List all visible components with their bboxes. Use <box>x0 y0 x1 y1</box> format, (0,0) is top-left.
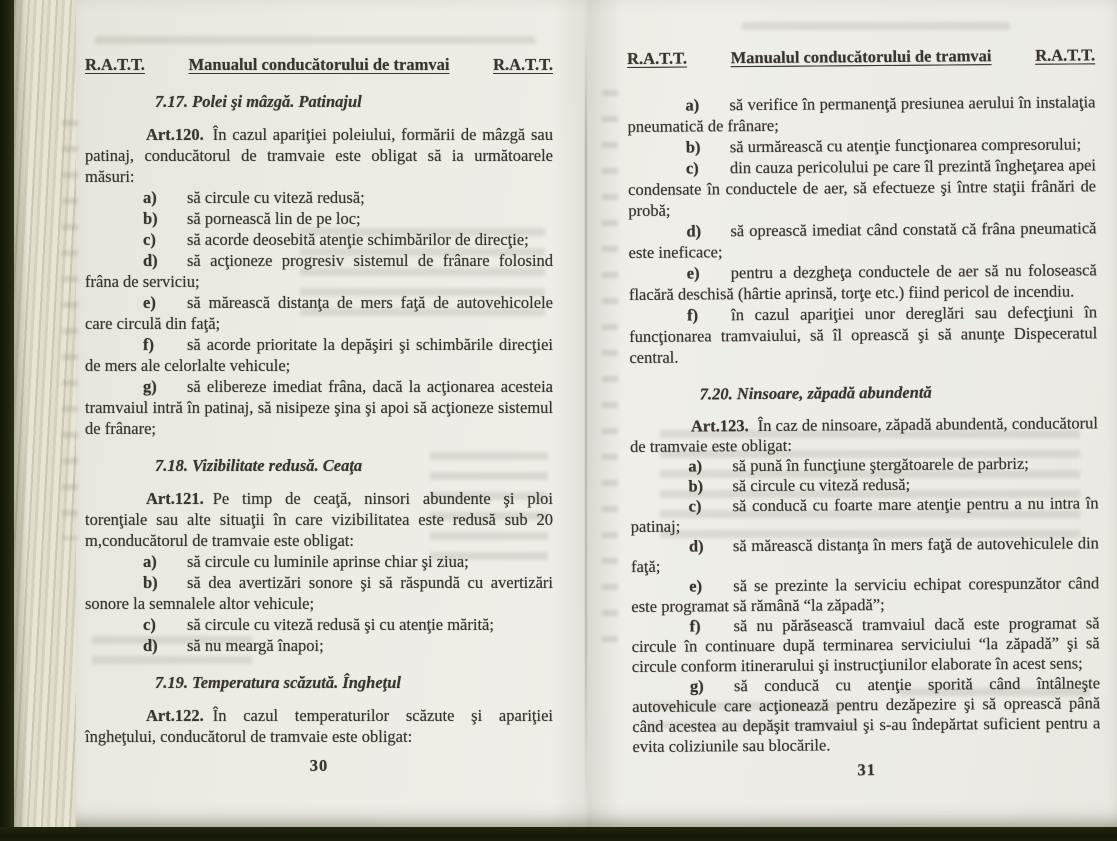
article-122-paragraph: Art.122.În cazul temperaturilor scăzute … <box>85 705 553 747</box>
list-item: e)să se prezinte la serviciu echipat cor… <box>631 573 1099 617</box>
item-text: să acorde deosebită atenţie schimbărilor… <box>187 230 529 249</box>
list-item: g)să elibereze imediat frâna, dacă la ac… <box>85 376 553 439</box>
item-label: d) <box>689 536 733 556</box>
item-text: să pornească lin de pe loc; <box>187 209 361 228</box>
section-title-7-20: 7.20. Ninsoare, zăpadă abundentă <box>700 380 1098 404</box>
list-item: g)să conducă cu atenţie sporită când înt… <box>632 673 1101 757</box>
item-label: b) <box>143 572 187 593</box>
brand-left: R.A.T.T. <box>85 54 145 75</box>
article-121-label: Art.121. <box>146 489 204 508</box>
list-item: e)pentru a dezgheţa conductele de aer să… <box>629 259 1097 305</box>
article-120-label: Art.120. <box>146 125 204 144</box>
bleed-through-artifact <box>62 120 78 540</box>
item-label: e) <box>687 262 731 283</box>
article-122-label: Art.122. <box>146 706 204 725</box>
scanned-book-spread: R.A.T.T. Manualul conducătorului de tram… <box>0 0 1117 841</box>
item-label: b) <box>143 208 187 229</box>
item-label: a) <box>688 456 732 476</box>
list-item: d)să mărească distanţa în mers faţă de a… <box>631 533 1099 577</box>
list-item: c)să conducă cu foarte mare atenţie pent… <box>631 493 1099 537</box>
list-item: f)în cazul apariţiei unor dereglări sau … <box>629 301 1097 368</box>
page-header: R.A.T.T. Manualul conducătorului de tram… <box>85 54 553 75</box>
article-123-block: Art.123.În caz de ninsoare, zăpadă abund… <box>630 413 1101 757</box>
page-header: R.A.T.T. Manualul conducătorului de tram… <box>627 44 1095 69</box>
item-label: d) <box>143 250 187 271</box>
header-title: Manualul conducătorului de tramvai <box>731 45 992 68</box>
item-label: e) <box>143 292 187 313</box>
scanner-background-bottom <box>0 827 1117 841</box>
bleed-through-artifact <box>602 90 618 650</box>
article-123-label: Art.123. <box>691 416 749 435</box>
list-item: c)să acorde deosebită atenţie schimbăril… <box>85 229 553 250</box>
list-item: a)să pună în funcţiune ştergătoarele de … <box>630 453 1098 477</box>
list-item: e)să mărească distanţa de mers faţă de a… <box>85 292 553 334</box>
list-item: d)să oprească imediat când constată că f… <box>628 217 1096 263</box>
section-title-7-18: 7.18. Vizibilitate redusă. Ceaţa <box>155 455 553 476</box>
item-text: să circule cu viteză redusă; <box>187 188 365 207</box>
list-item: d)să nu meargă înapoi; <box>85 635 553 656</box>
item-label: g) <box>690 676 734 696</box>
brand-right: R.A.T.T. <box>1035 44 1095 65</box>
item-text: să circule cu luminile aprinse chiar şi … <box>187 552 469 571</box>
item-label: c) <box>143 229 187 250</box>
left-page: R.A.T.T. Manualul conducătorului de tram… <box>85 54 553 776</box>
page-gutter <box>585 30 587 810</box>
list-item: f)să nu părăsească tramvaiul dacă este p… <box>631 613 1099 677</box>
item-label: a) <box>685 94 729 115</box>
item-text: să urmărească cu atenţie funcţionarea co… <box>730 134 1082 156</box>
item-text: să nu meargă înapoi; <box>187 636 324 655</box>
item-label: e) <box>689 576 733 596</box>
item-label: g) <box>143 376 187 397</box>
header-title: Manualul conducătorului de tramvai <box>189 54 450 75</box>
item-label: a) <box>143 551 187 572</box>
item-label: d) <box>143 635 187 656</box>
article-120-paragraph: Art.120.În cazul apariţiei poleiului, fo… <box>85 124 553 187</box>
item-label: b) <box>686 136 730 157</box>
right-page: R.A.T.T. Manualul conducătorului de tram… <box>627 44 1101 782</box>
page-number: 30 <box>85 755 553 776</box>
page-number: 31 <box>633 757 1101 782</box>
item-label: f) <box>689 616 733 636</box>
item-label: f) <box>687 304 731 325</box>
bleed-through-artifact <box>742 22 1010 35</box>
list-item: a)să circule cu luminile aprinse chiar ş… <box>85 551 553 572</box>
item-label: b) <box>688 476 732 496</box>
item-label: c) <box>686 157 730 178</box>
list-item: b)să pornească lin de pe loc; <box>85 208 553 229</box>
scanner-background-left <box>0 0 14 841</box>
list-item: c)să circule cu viteză redusă şi cu aten… <box>85 614 553 635</box>
item-text: să pună în funcţiune ştergătoarele de pa… <box>732 454 1029 475</box>
list-item: a)să verifice în permanenţă presiunea ae… <box>627 91 1095 137</box>
brand-right: R.A.T.T. <box>493 54 553 75</box>
item-label: d) <box>686 220 730 241</box>
item-label: c) <box>689 496 733 516</box>
section-title-7-17: 7.17. Polei şi mâzgă. Patinajul <box>155 91 553 112</box>
item-label: a) <box>143 187 187 208</box>
item-label: c) <box>143 614 187 635</box>
brand-left: R.A.T.T. <box>627 48 687 69</box>
list-item: c)din cauza pericolului pe care îl prezi… <box>628 154 1096 221</box>
bleed-through-artifact <box>95 36 535 50</box>
list-item: f)să acorde prioritate la depăşiri şi sc… <box>85 334 553 376</box>
list-item: a)să circule cu viteză redusă; <box>85 187 553 208</box>
article-123-paragraph: Art.123.În caz de ninsoare, zăpadă abund… <box>630 413 1098 457</box>
item-text: să circule cu viteză redusă şi cu atenţi… <box>187 615 494 634</box>
section-title-7-19: 7.19. Temperatura scăzută. Îngheţul <box>155 672 553 693</box>
item-text: să circule cu viteză redusă; <box>732 475 910 495</box>
article-121-paragraph: Art.121.Pe timp de ceaţă, ninsori abunde… <box>85 488 553 551</box>
item-label: f) <box>143 334 187 355</box>
list-item: d)să acţioneze progresiv sistemul de frâ… <box>85 250 553 292</box>
list-item: b)să dea avertizări sonore şi să răspund… <box>85 572 553 614</box>
